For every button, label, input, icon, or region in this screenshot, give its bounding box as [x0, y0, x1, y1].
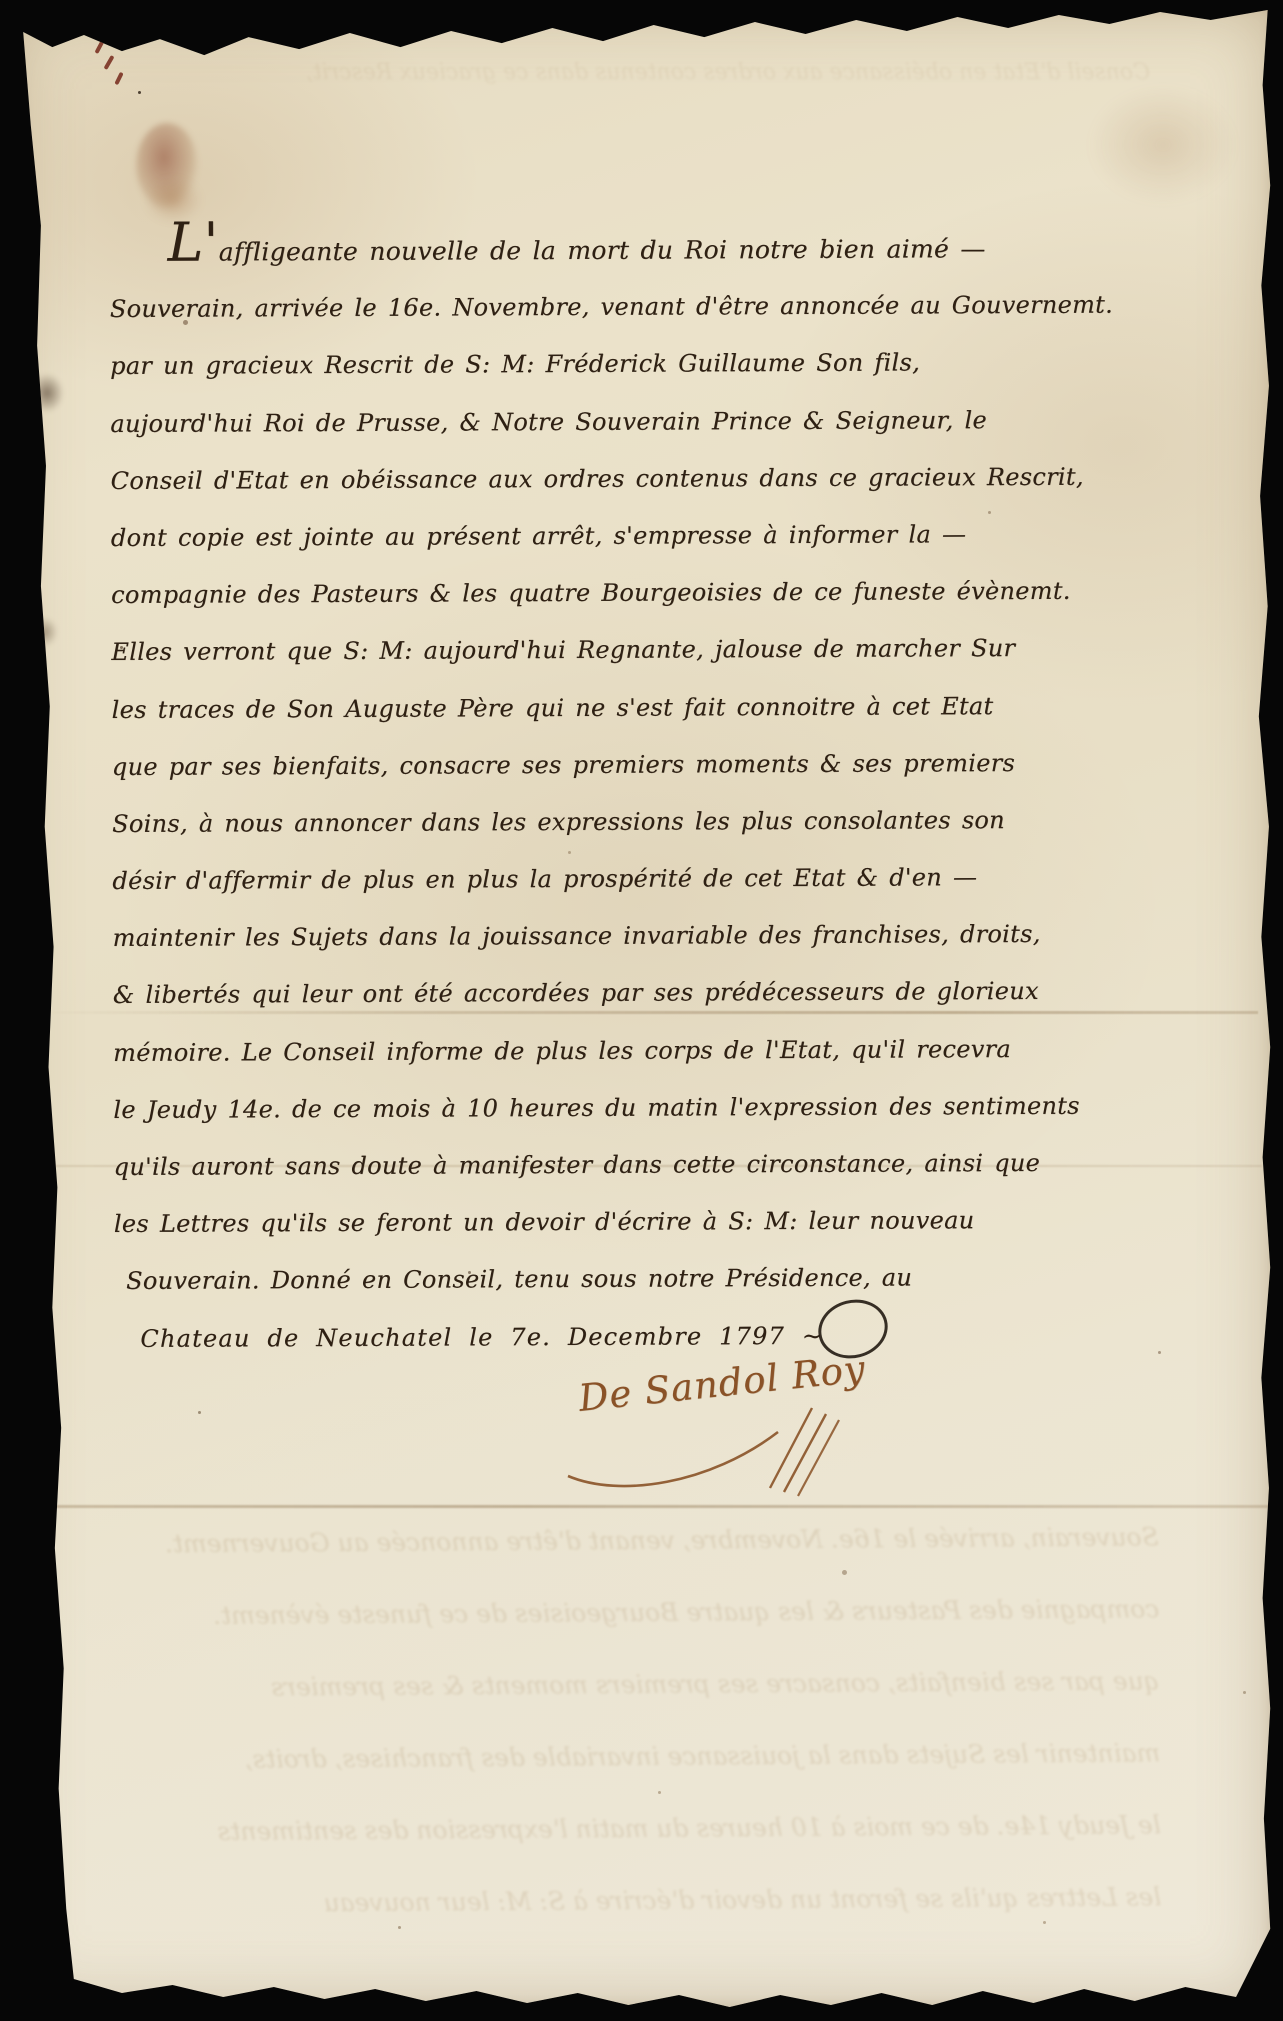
letter-line: aujourd'hui Roi de Prusse, & Notre Souve…	[110, 392, 1010, 453]
letter-line: Elles verront que S: M: aujourd'hui Regn…	[111, 620, 1011, 681]
red-ink-mark	[94, 38, 105, 54]
ink-smudge	[30, 373, 64, 413]
photo-stage: Conseil d'Etat en obéissance aux ordres …	[0, 0, 1283, 2021]
fold-crease	[24, 1505, 1272, 1508]
red-ink-mark	[114, 72, 123, 85]
letter-line: dont copie est jointe au présent arrêt, …	[111, 506, 1011, 567]
letter-line: les traces de Son Auguste Père qui ne s'…	[112, 678, 1012, 739]
letter-line: Soins, à nous annoncer dans les expressi…	[112, 792, 1012, 853]
age-discoloration	[1088, 85, 1238, 205]
letter-line: par un gracieux Rescrit de S: M: Fréderi…	[110, 334, 1010, 395]
paper-specks	[138, 91, 141, 94]
letter-line: que par ses bienfaits, consacre ses prem…	[112, 735, 1012, 796]
letter-line: Souverain. Donné en Conseil, tenu sous n…	[126, 1249, 1014, 1310]
letter-line: désir d'affermir de plus en plus la pros…	[112, 849, 1012, 910]
foxing-stain	[136, 123, 198, 209]
letter-line: L'affligeante nouvelle de la mort du Roi…	[110, 220, 1010, 281]
letter-line: Conseil d'Etat en obéissance aux ordres …	[111, 449, 1011, 510]
letter-line: qu'ils auront sans doute à manifester da…	[114, 1135, 1014, 1196]
letter-line: mémoire. Le Conseil informe de plus les …	[113, 1021, 1013, 1082]
letter-line: le Jeudy 14e. de ce mois à 10 heures du …	[113, 1078, 1013, 1139]
letter-body: L'affligeante nouvelle de la mort du Roi…	[110, 220, 1015, 1368]
red-ink-mark	[104, 55, 115, 70]
ink-smudge	[32, 617, 58, 647]
letter-line: compagnie des Pasteurs & les quatre Bour…	[111, 563, 1011, 624]
letter-line: les Lettres qu'ils se feront un devoir d…	[114, 1192, 1014, 1253]
letter-line: maintenir les Sujets dans la jouissance …	[113, 906, 1013, 967]
letter-line: Souverain, arrivée le 16e. Novembre, ven…	[110, 277, 1010, 338]
letter-line: & libertés qui leur ont été accordées pa…	[113, 963, 1013, 1024]
